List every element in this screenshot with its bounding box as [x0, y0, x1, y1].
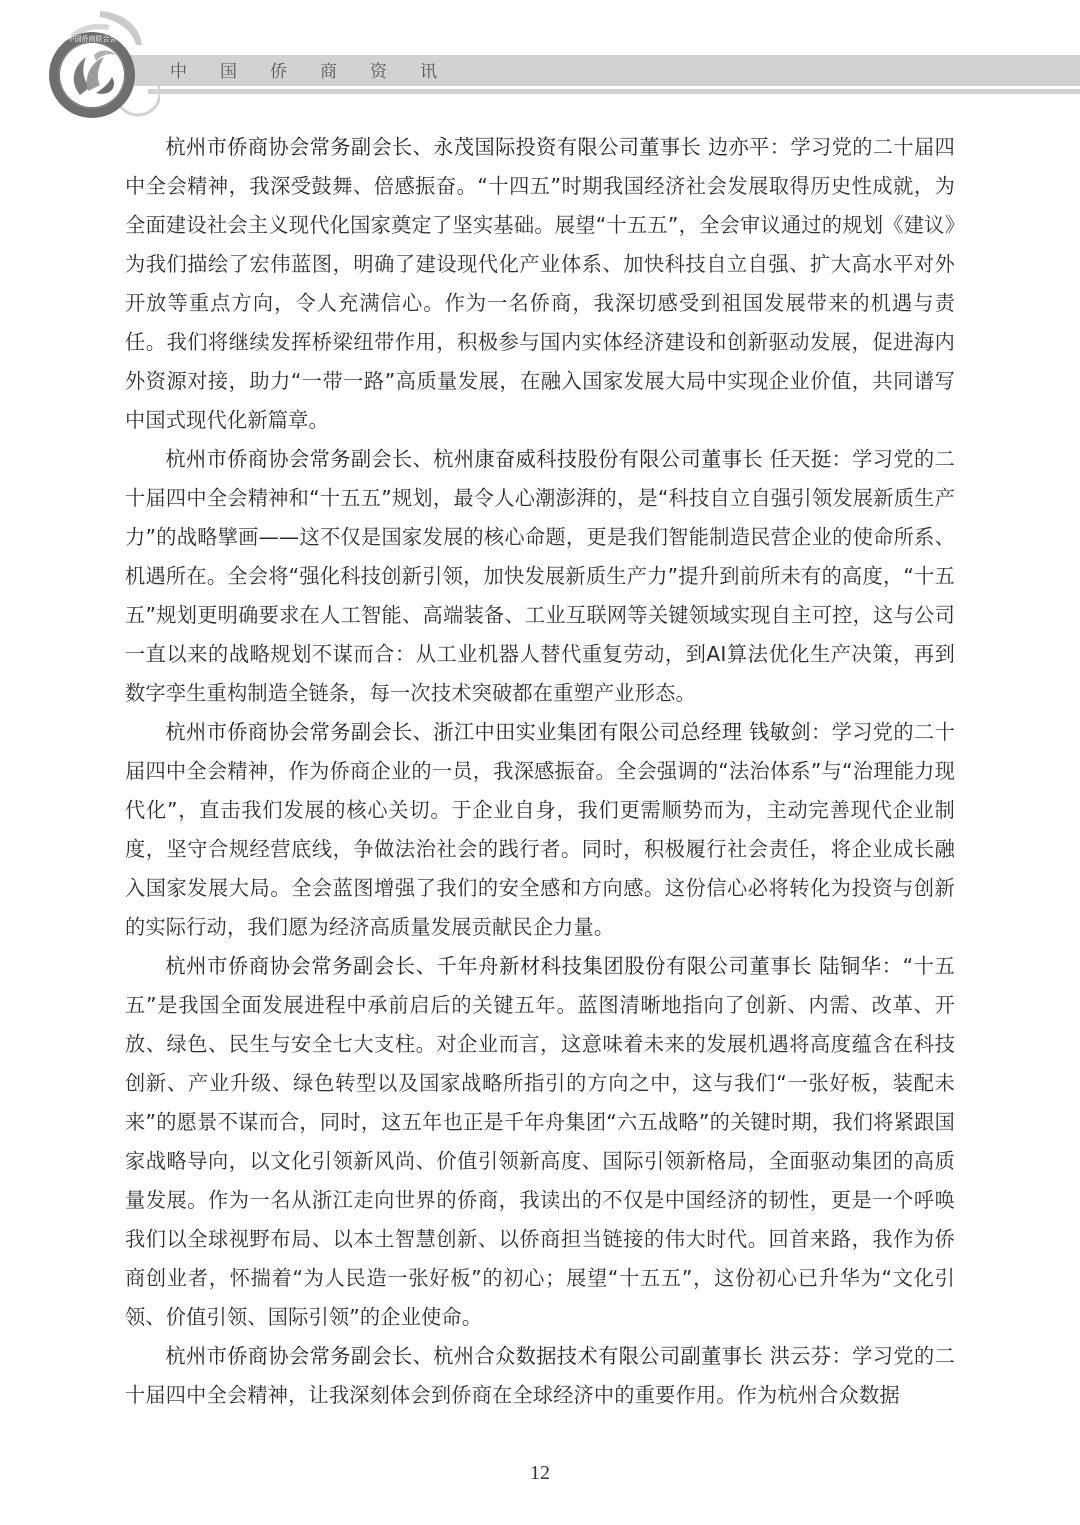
paragraph: 杭州市侨商协会常务副会长、永茂国际投资有限公司董事长 边亦平：学习党的二十届四中…	[125, 128, 955, 440]
paragraph-text: 学习党的二十届四中全会精神和“十五五”规划，最令人心潮澎湃的，是“科技自立自强引…	[125, 447, 955, 705]
speaker-name: 杭州市侨商协会常务副会长、杭州康奋威科技股份有限公司董事长 任天挺	[165, 447, 831, 471]
publication-title-char: 讯	[420, 58, 470, 86]
speaker-name: 杭州市侨商协会常务副会长、浙江中田实业集团有限公司总经理 钱敏剑	[165, 720, 811, 744]
speaker-name: 杭州市侨商协会常务副会长、永茂国际投资有限公司董事长 边亦平	[165, 135, 769, 159]
paragraph: 杭州市侨商协会常务副会长、千年舟新材科技集团股份有限公司董事长 陆铜华：“十五五…	[125, 947, 955, 1337]
publication-title-char: 商	[320, 58, 370, 86]
paragraph: 杭州市侨商协会常务副会长、浙江中田实业集团有限公司总经理 钱敏剑：学习党的二十届…	[125, 713, 955, 947]
paragraph-text: 学习党的二十届四中全会精神，作为侨商企业的一员，我深感振奋。全会强调的“法治体系…	[125, 720, 955, 939]
publication-title-char: 中	[170, 58, 220, 86]
speaker-separator: ：	[882, 954, 903, 978]
publication-title-char: 国	[220, 58, 270, 86]
article-body: 杭州市侨商协会常务副会长、永茂国际投资有限公司董事长 边亦平：学习党的二十届四中…	[125, 128, 955, 1415]
svg-text:中国侨商联合会: 中国侨商联合会	[68, 34, 117, 43]
speaker-separator: ：	[811, 720, 832, 744]
speaker-name: 杭州市侨商协会常务副会长、千年舟新材科技集团股份有限公司董事长 陆铜华	[165, 954, 881, 978]
speaker-separator: ：	[832, 1344, 853, 1368]
page-header: 中国侨商联合会 中 国 侨 商 资 讯	[0, 0, 1080, 130]
speaker-separator: ：	[770, 135, 791, 159]
header-rule	[148, 89, 1080, 94]
publication-title: 中 国 侨 商 资 讯	[170, 58, 470, 86]
paragraph: 杭州市侨商协会常务副会长、杭州康奋威科技股份有限公司董事长 任天挺：学习党的二十…	[125, 440, 955, 713]
paragraph-text: “十五五”是我国全面发展进程中承前启后的关键五年。蓝图清晰地指向了创新、内需、改…	[125, 954, 955, 1329]
publication-title-char: 侨	[270, 58, 320, 86]
federation-logo-icon: 中国侨商联合会	[40, 5, 160, 120]
speaker-separator: ：	[832, 447, 853, 471]
paragraph: 杭州市侨商协会常务副会长、杭州合众数据技术有限公司副董事长 洪云芬：学习党的二十…	[125, 1337, 955, 1415]
speaker-name: 杭州市侨商协会常务副会长、杭州合众数据技术有限公司副董事长 洪云芬	[165, 1344, 831, 1368]
publication-title-char: 资	[370, 58, 420, 86]
page-number: 12	[0, 1462, 1080, 1485]
paragraph-text: 学习党的二十届四中全会精神，我深受鼓舞、倍感振奋。“十四五”时期我国经济社会发展…	[125, 135, 955, 432]
